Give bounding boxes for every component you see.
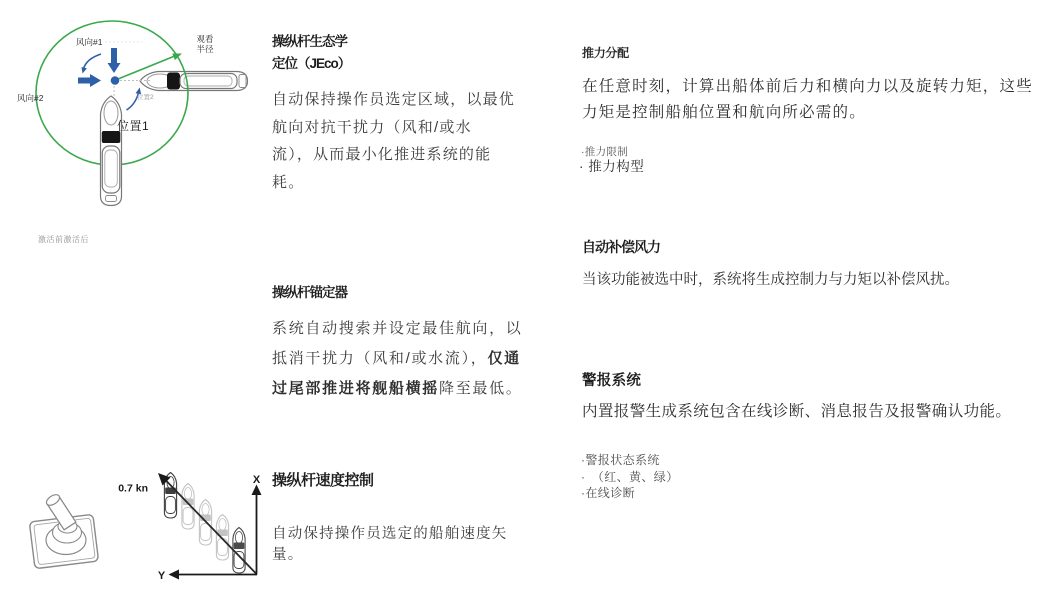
boat-trail	[164, 473, 245, 574]
jeco-diagram: 风向#1 风向#2 观看 半径 位置1 位置2	[0, 0, 270, 230]
wind1-label: 风向#1	[76, 36, 102, 48]
document-page: 风向#1 风向#2 观看 半径 位置1 位置2 激活前激活后	[0, 0, 1058, 603]
wind-compensation-body: 当该功能被选中时，系统将生成控制力与力矩以补偿风扰。	[582, 268, 1052, 293]
speed-value-label: 0.7 kn	[118, 483, 148, 495]
wind2-arrow	[78, 74, 101, 87]
speed-section-title: 操纵杆速度控制	[272, 471, 374, 490]
wind1-arrow	[108, 48, 121, 73]
alarm-bullets: ·警报状态系统 · （红、黄、绿） ·在线诊断	[581, 452, 679, 502]
wind2-label: 风向#2	[17, 92, 43, 104]
thrust-bullet-configuration: · 推力构型	[579, 158, 644, 176]
velocity-vector-arrow	[158, 473, 257, 574]
watch-radius-label: 观看 半径	[188, 35, 222, 54]
speed-diagram: 0.7 kn X Y	[0, 443, 295, 603]
ship-vertical-icon	[101, 96, 122, 206]
jeco-section-body: 自动保持操作员选定区域，以最优 航向对抗干扰力（风和/或水 流），从而最小化推进…	[272, 86, 552, 196]
jeco-diagram-graphic	[0, 0, 270, 230]
anchor-body-regular: 系统自动搜索并设定最佳航向，以 抵消干扰力（风和/或水流），	[272, 320, 523, 367]
jeco-section-title: 操纵杆生态学 定位（JEco）	[272, 31, 350, 74]
thrust-bullet-limit: ·推力限制	[581, 145, 628, 159]
thrust-section-title: 推力分配	[582, 45, 629, 61]
x-axis-label: X	[253, 474, 261, 486]
speed-diagram-graphic: 0.7 kn X Y	[0, 443, 295, 603]
rotation-arrow-left	[82, 54, 102, 74]
thrust-section-body: 在任意时刻，计算出船体前后力和横向力以及旋转力矩，这些 力矩是控制船舶位置和航向…	[582, 74, 1052, 125]
speed-section-body: 自动保持操作员选定的船舶速度矢 量。	[272, 524, 562, 566]
activation-caption: 激活前激活后	[38, 234, 89, 245]
joystick-icon	[29, 493, 98, 569]
setpoint-dot	[111, 76, 120, 85]
y-axis-label: Y	[158, 570, 166, 582]
x-axis	[252, 485, 262, 575]
anchor-body-regular-end: 降至最低。	[439, 380, 523, 397]
alarm-section-title: 警报系统	[582, 372, 641, 390]
position1-label: 位置1	[117, 117, 149, 134]
ship-horizontal-icon	[140, 72, 248, 91]
alarm-section-body: 内置报警生成系统包含在线诊断、消息报告及报警确认功能。	[582, 399, 1052, 424]
wind-compensation-title: 自动补偿风力	[582, 238, 660, 256]
anchor-section-body: 系统自动搜索并设定最佳航向，以 抵消干扰力（风和/或水流），仅通 过尾部推进将舰…	[272, 314, 562, 404]
position2-label: 位置2	[137, 92, 154, 101]
anchor-section-title: 操纵杆锚定器	[272, 284, 347, 302]
